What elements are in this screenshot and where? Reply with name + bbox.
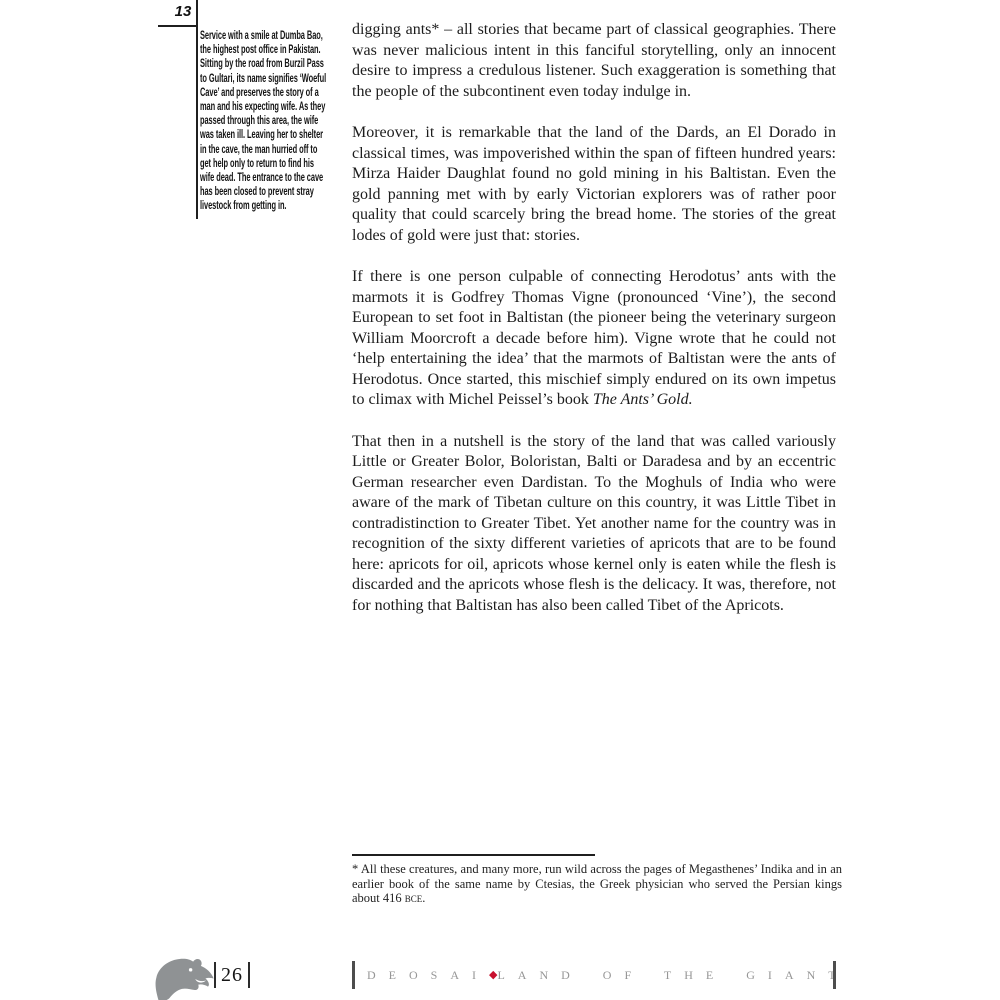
caption-line: man and his expecting wife. As they [200, 99, 326, 113]
footnote-era: bce [405, 891, 423, 905]
caption-line: wife dead. The entrance to the cave [200, 170, 326, 184]
paragraph: That then in a nutshell is the story of … [352, 432, 836, 617]
footnote: * All these creatures, and many more, ru… [352, 862, 842, 906]
caption-line: Cave’ and preserves the story of a [200, 85, 326, 99]
footnote-period: . [422, 891, 425, 905]
caption-line: to Gultari, its name signifies ‘Woeful [200, 71, 326, 85]
page-number: 26 [221, 964, 243, 987]
caption-line: livestock from getting in. [200, 198, 326, 212]
figure-number-underline [158, 25, 197, 27]
caption-line: get help only to return to find his [200, 156, 326, 170]
body-text-column: digging ants* – all stories that became … [352, 20, 836, 637]
caption-line: has been closed to prevent stray [200, 184, 326, 198]
caption-line: in the cave, the man hurried off to [200, 142, 326, 156]
caption-line: Service with a smile at Dumba Bao, [200, 28, 326, 42]
caption-line: Sitting by the road from Burzil Pass [200, 56, 326, 70]
running-footer-title: DEOSAI ◆ LAND OF THE GIANT [352, 960, 836, 990]
sidebar-caption: Service with a smile at Dumba Bao, the h… [200, 28, 326, 213]
book-title-italic: The Ants’ Gold. [593, 391, 693, 408]
book-page: 13 Service with a smile at Dumba Bao, th… [0, 0, 1000, 1000]
paragraph-text: If there is one person culpable of conne… [352, 268, 836, 408]
footnote-rule [352, 854, 595, 856]
paragraph: Moreover, it is remarkable that the land… [352, 123, 836, 246]
page-number-right-bar [248, 962, 250, 988]
page-number-block: 26 [214, 961, 250, 989]
red-diamond-icon: ◆ [489, 970, 497, 981]
paragraph: If there is one person culpable of conne… [352, 267, 836, 411]
footer-right-bar [833, 961, 836, 989]
caption-line: the highest post office in Pakistan. [200, 42, 326, 56]
paragraph: digging ants* – all stories that became … [352, 20, 836, 102]
figure-number: 13 [170, 3, 196, 20]
sidebar-divider-line [196, 0, 198, 219]
footer-title-deosai: DEOSAI [367, 968, 489, 983]
footer-title-land-of-the-giant: LAND OF THE GIANT [497, 968, 833, 983]
bear-logo-icon [150, 955, 220, 1000]
caption-line: was taken ill. Leaving her to shelter [200, 127, 326, 141]
footer-title-inner: DEOSAI ◆ LAND OF THE GIANT [355, 968, 833, 983]
footnote-text: * All these creatures, and many more, ru… [352, 862, 842, 905]
page-number-left-bar [214, 962, 216, 988]
caption-line: passed through this area, the wife [200, 113, 326, 127]
